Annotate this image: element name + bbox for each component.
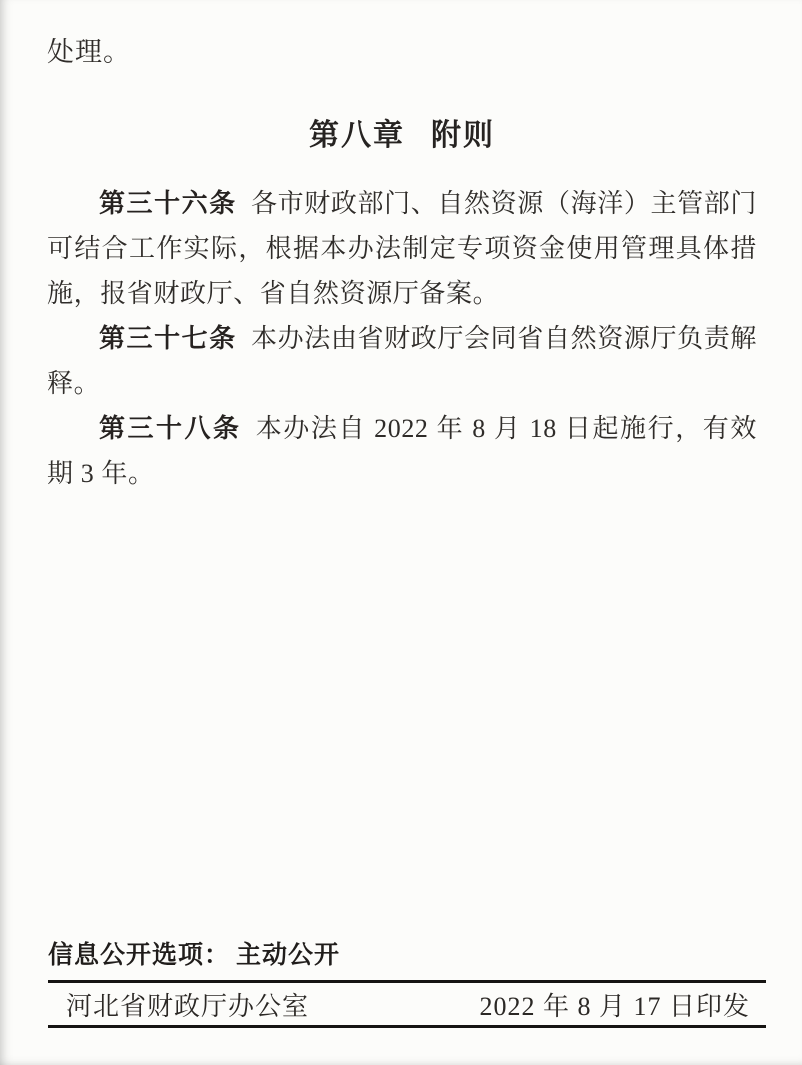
articles-section: 第三十六条各市财政部门、自然资源（海洋）主管部门可结合工作实际，根据本办法制定专… [47, 181, 757, 496]
issuer-name: 河北省财政厅办公室 [66, 992, 309, 1022]
disclosure-value: 主动公开 [236, 941, 340, 969]
article-38-label: 第三十八条 [99, 414, 241, 443]
chapter-heading: 第八章附则 [47, 118, 757, 154]
disclosure-row: 信息公开选项：主动公开 [48, 938, 766, 980]
document-page: 处理。 第八章附则 第三十六条各市财政部门、自然资源（海洋）主管部门可结合工作实… [0, 0, 802, 1065]
article-36-paragraph: 第三十六条各市财政部门、自然资源（海洋）主管部门可结合工作实际，根据本办法制定专… [47, 181, 757, 316]
document-footer: 信息公开选项：主动公开 河北省财政厅办公室 2022 年 8 月 17 日印发 [48, 938, 766, 1028]
issue-row: 河北省财政厅办公室 2022 年 8 月 17 日印发 [48, 983, 766, 1025]
carryover-text: 处理。 [47, 36, 757, 68]
document-body: 处理。 第八章附则 第三十六条各市财政部门、自然资源（海洋）主管部门可结合工作实… [47, 36, 757, 496]
disclosure-label: 信息公开选项： [48, 941, 230, 969]
article-37-label: 第三十七条 [99, 324, 237, 353]
chapter-number: 第八章 [309, 119, 405, 152]
article-36-label: 第三十六条 [99, 189, 237, 218]
chapter-title: 附则 [431, 119, 495, 152]
footer-rule-bottom [48, 1025, 766, 1028]
article-38-paragraph: 第三十八条本办法自 2022 年 8 月 18 日起施行，有效期 3 年。 [47, 406, 757, 496]
article-37-paragraph: 第三十七条本办法由省财政厅会同省自然资源厅负责解释。 [47, 316, 757, 406]
print-date: 2022 年 8 月 17 日印发 [479, 992, 750, 1022]
